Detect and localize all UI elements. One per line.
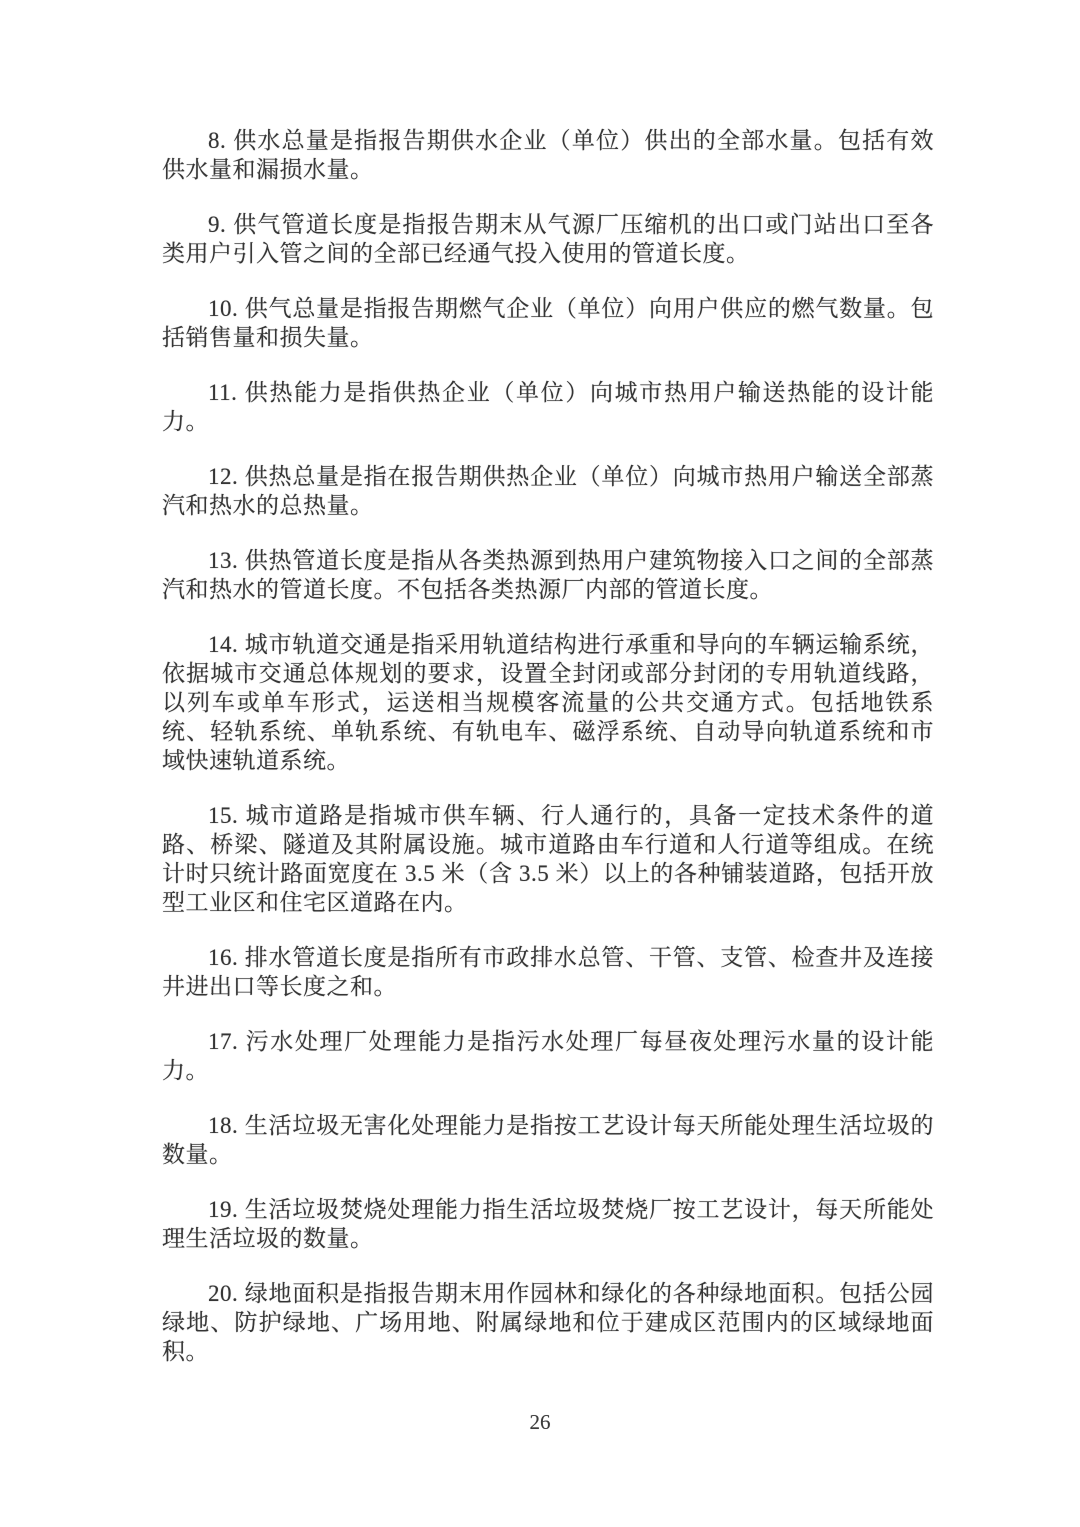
definition-paragraph-10: 10. 供气总量是指报告期燃气企业（单位）向用户供应的燃气数量。包括销售量和损失… <box>162 294 934 352</box>
definition-paragraph-13: 13. 供热管道长度是指从各类热源到热用户建筑物接入口之间的全部蒸汽和热水的管道… <box>162 546 934 604</box>
page-number: 26 <box>0 1410 1080 1435</box>
definition-paragraph-17: 17. 污水处理厂处理能力是指污水处理厂每昼夜处理污水量的设计能力。 <box>162 1027 934 1085</box>
definition-paragraph-11: 11. 供热能力是指供热企业（单位）向城市热用户输送热能的设计能力。 <box>162 378 934 436</box>
definition-paragraph-16: 16. 排水管道长度是指所有市政排水总管、干管、支管、检查井及连接井进出口等长度… <box>162 943 934 1001</box>
definition-paragraph-18: 18. 生活垃圾无害化处理能力是指按工艺设计每天所能处理生活垃圾的数量。 <box>162 1111 934 1169</box>
definition-paragraph-9: 9. 供气管道长度是指报告期末从气源厂压缩机的出口或门站出口至各类用户引入管之间… <box>162 210 934 268</box>
definition-paragraph-8: 8. 供水总量是指报告期供水企业（单位）供出的全部水量。包括有效供水量和漏损水量… <box>162 126 934 184</box>
definition-paragraph-20: 20. 绿地面积是指报告期末用作园林和绿化的各种绿地面积。包括公园绿地、防护绿地… <box>162 1279 934 1366</box>
document-page: 8. 供水总量是指报告期供水企业（单位）供出的全部水量。包括有效供水量和漏损水量… <box>0 0 1080 1527</box>
definition-paragraph-19: 19. 生活垃圾焚烧处理能力指生活垃圾焚烧厂按工艺设计，每天所能处理生活垃圾的数… <box>162 1195 934 1253</box>
definition-paragraph-15: 15. 城市道路是指城市供车辆、行人通行的，具备一定技术条件的道路、桥梁、隧道及… <box>162 801 934 917</box>
definition-paragraph-14: 14. 城市轨道交通是指采用轨道结构进行承重和导向的车辆运输系统，依据城市交通总… <box>162 630 934 775</box>
definition-paragraph-12: 12. 供热总量是指在报告期供热企业（单位）向城市热用户输送全部蒸汽和热水的总热… <box>162 462 934 520</box>
page-content: 8. 供水总量是指报告期供水企业（单位）供出的全部水量。包括有效供水量和漏损水量… <box>162 126 934 1392</box>
